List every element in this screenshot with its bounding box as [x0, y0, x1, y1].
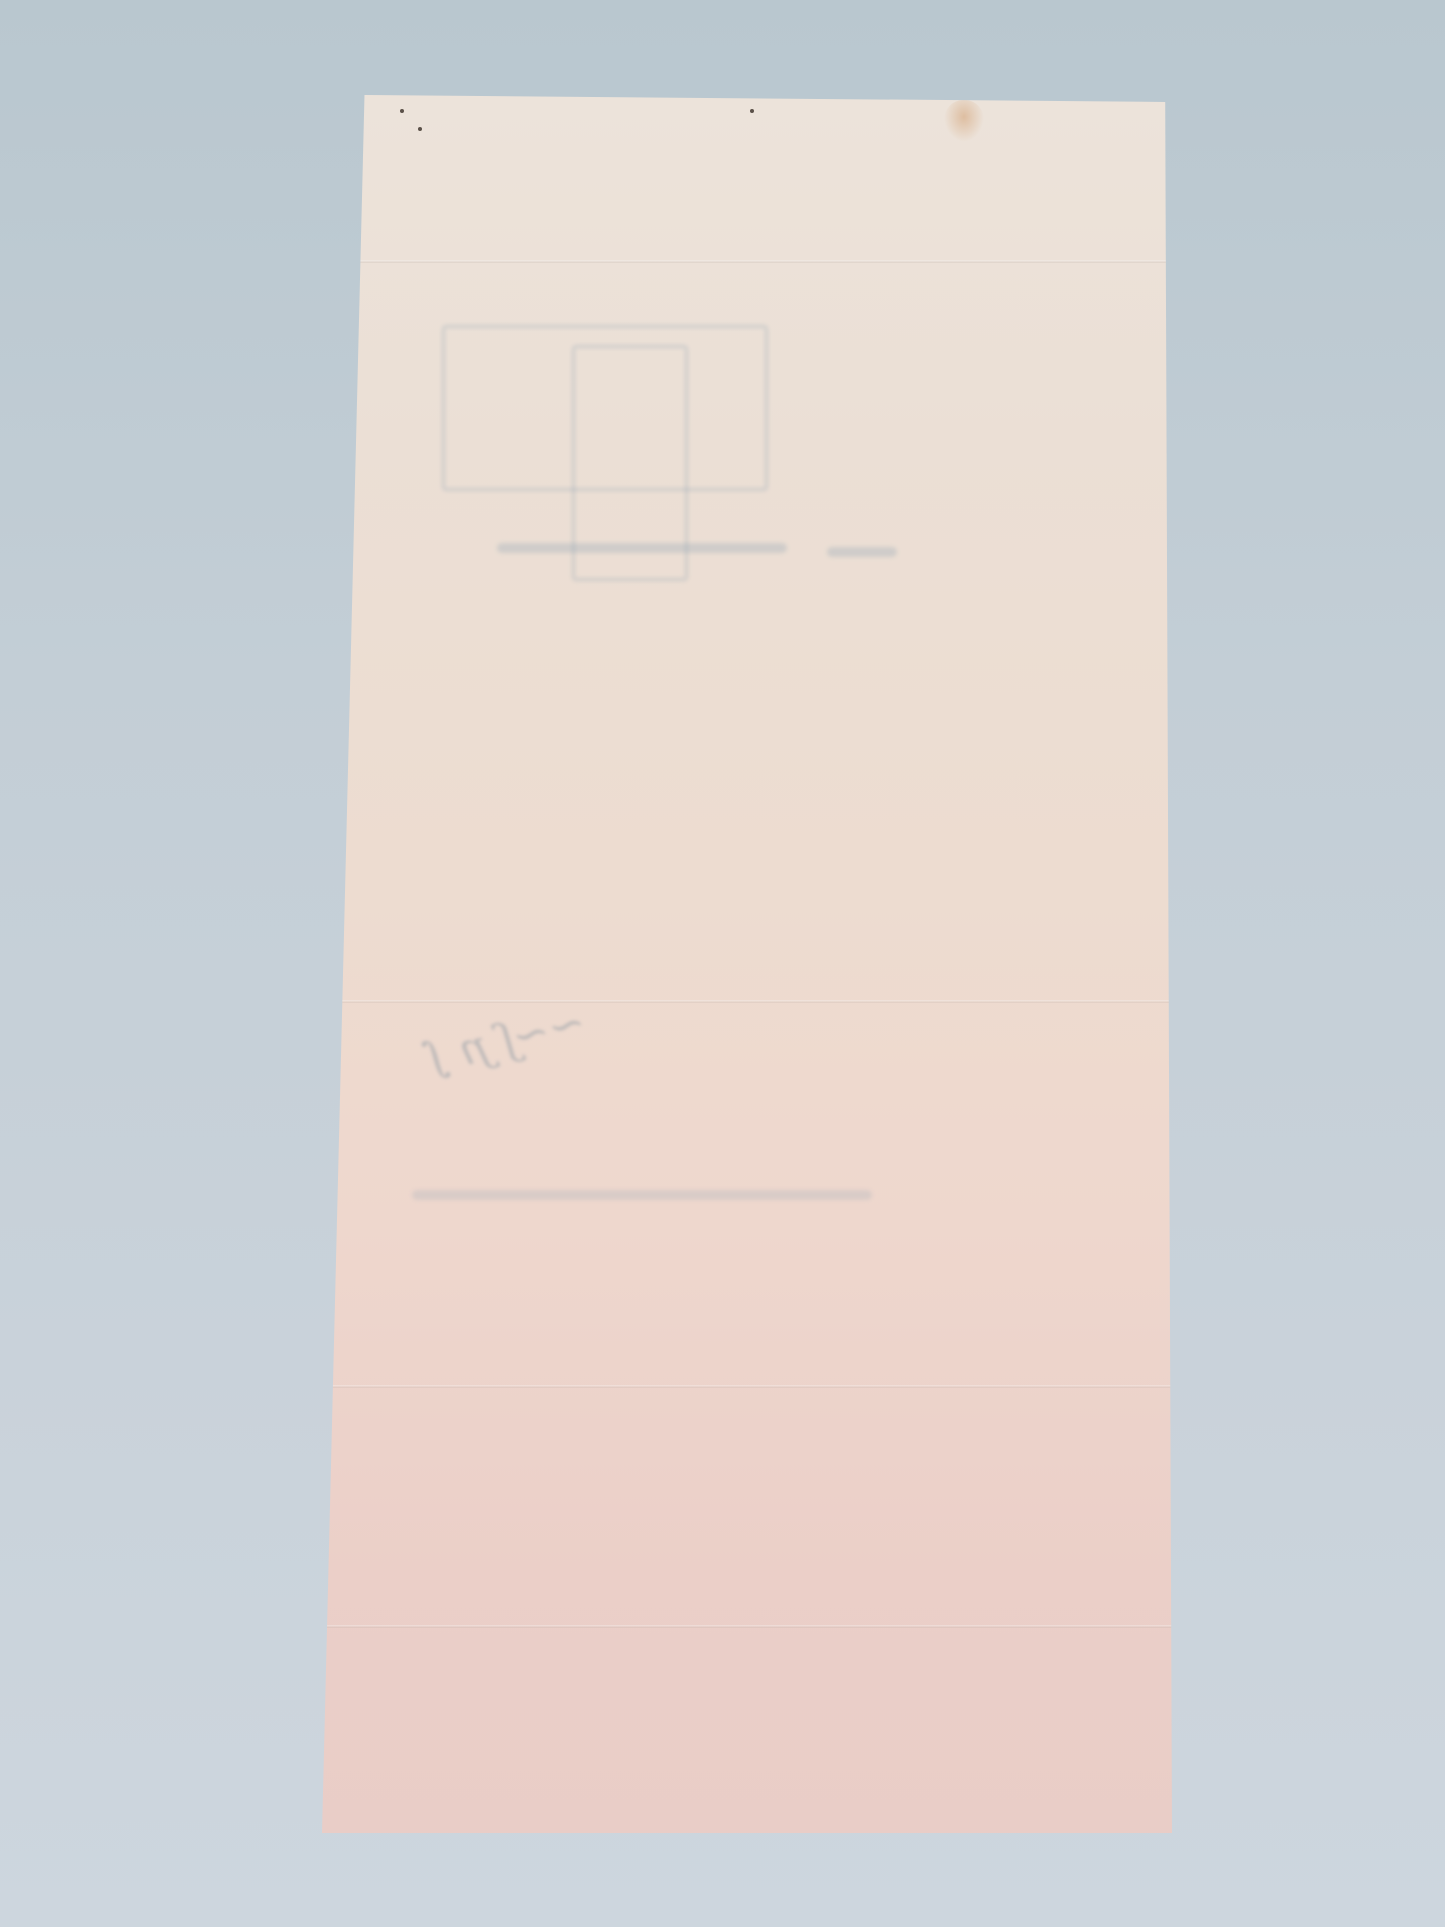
fold-crease [322, 260, 1172, 263]
speck [418, 127, 422, 131]
fold-crease [322, 1625, 1172, 1628]
fold-crease [322, 1385, 1172, 1388]
paper-sheet: ~∼ʃ ɲ ∫ [322, 95, 1172, 1833]
stain [944, 100, 984, 142]
speck [750, 109, 754, 113]
bleed-through-title-line-end [827, 547, 897, 557]
speck [400, 109, 404, 113]
fold-crease [322, 1000, 1172, 1003]
bleed-through-handwriting: ~∼ʃ ɲ ∫ [418, 996, 590, 1085]
table-surface: ~∼ʃ ɲ ∫ [0, 0, 1445, 1927]
bleed-through-signature-line [412, 1190, 872, 1200]
bleed-through-title-line [497, 543, 787, 553]
